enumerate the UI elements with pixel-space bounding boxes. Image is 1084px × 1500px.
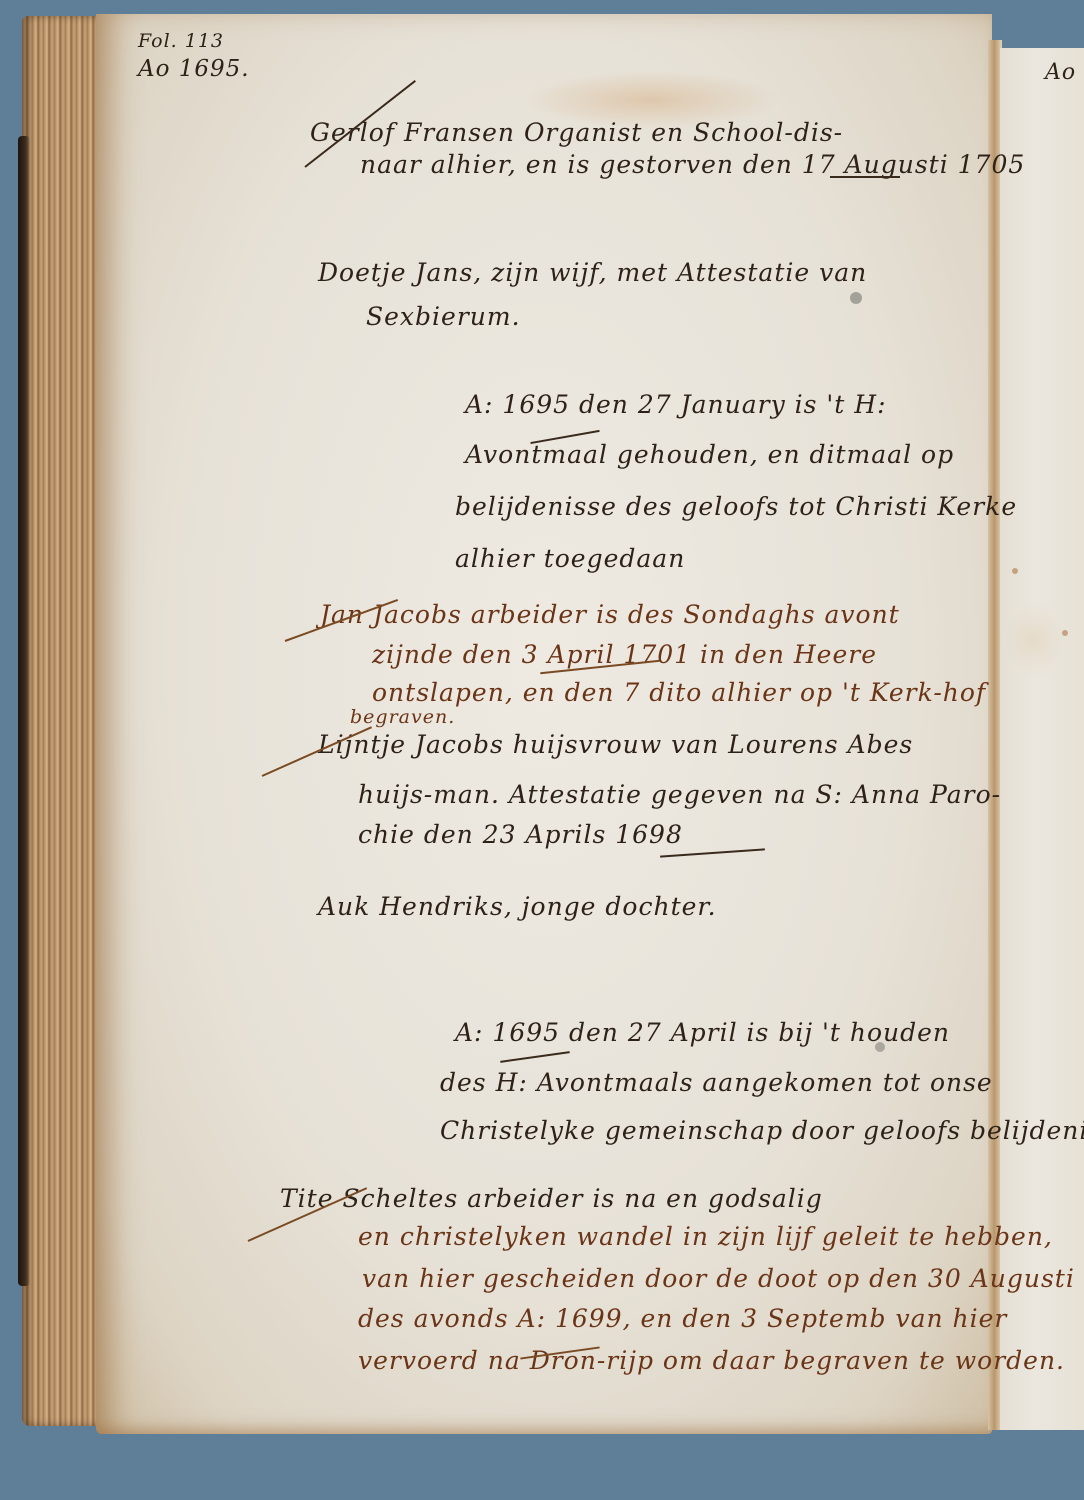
entry-line: naar alhier, en is gestorven den 17 Augu… (360, 150, 1025, 179)
entry-line: Lijntje Jacobs huijsvrouw van Lourens Ab… (318, 730, 913, 759)
entry-line: Gerlof Fransen Organist en School-dis- (310, 118, 843, 147)
entry-line: des avonds A: 1699, en den 3 Septemb van… (358, 1304, 1007, 1333)
entry-line: Doetje Jans, zijn wijf, met Attestatie v… (318, 258, 867, 287)
manuscript-page (96, 14, 992, 1434)
entry-line: begraven. (350, 706, 455, 728)
entry-line: ontslapen, en den 7 dito alhier op 't Ke… (372, 678, 986, 707)
water-stain (1005, 600, 1065, 680)
entry-line: Auk Hendriks, jonge dochter. (318, 892, 717, 921)
entry-line: chie den 23 Aprils 1698 (358, 820, 683, 849)
year-heading: Ao 1695. (138, 56, 250, 82)
entry-line: Sexbierum. (366, 302, 521, 331)
folio-number: Fol. 113 (138, 30, 224, 52)
entry-line: belijdenisse des geloofs tot Christi Ker… (455, 492, 1017, 521)
paper-speck (1012, 568, 1018, 574)
paper-speck (1062, 630, 1068, 636)
entry-line: Avontmaal gehouden, en ditmaal op (465, 440, 954, 469)
paper-speck (875, 1042, 885, 1052)
entry-line: en christelyken wandel in zijn lijf gele… (358, 1222, 1053, 1251)
entry-line: huijs-man. Attestatie gegeven na S: Anna… (358, 780, 1001, 809)
entry-line: A: 1695 den 27 January is 't H: (465, 390, 887, 419)
book-binding (18, 136, 30, 1286)
entry-line: des H: Avontmaals aangekomen tot onse (440, 1068, 993, 1097)
date-underline (830, 176, 900, 178)
entry-line: vervoerd na Dron-rijp om daar begraven t… (358, 1346, 1065, 1375)
book-fore-edge (22, 16, 102, 1426)
entry-line: van hier gescheiden door de doot op den … (362, 1264, 1075, 1293)
entry-line: Christelyke gemeinschap door geloofs bel… (440, 1116, 1084, 1145)
paper-speck (850, 292, 862, 304)
entry-line: alhier toegedaan (455, 544, 685, 573)
manuscript-scan: Fol. 113 Ao 1695. Ao Gerlof Fransen Orga… (0, 0, 1084, 1500)
entry-line: Jan Jacobs arbeider is des Sondaghs avon… (320, 600, 900, 629)
next-page-year-heading: Ao (1045, 60, 1076, 85)
